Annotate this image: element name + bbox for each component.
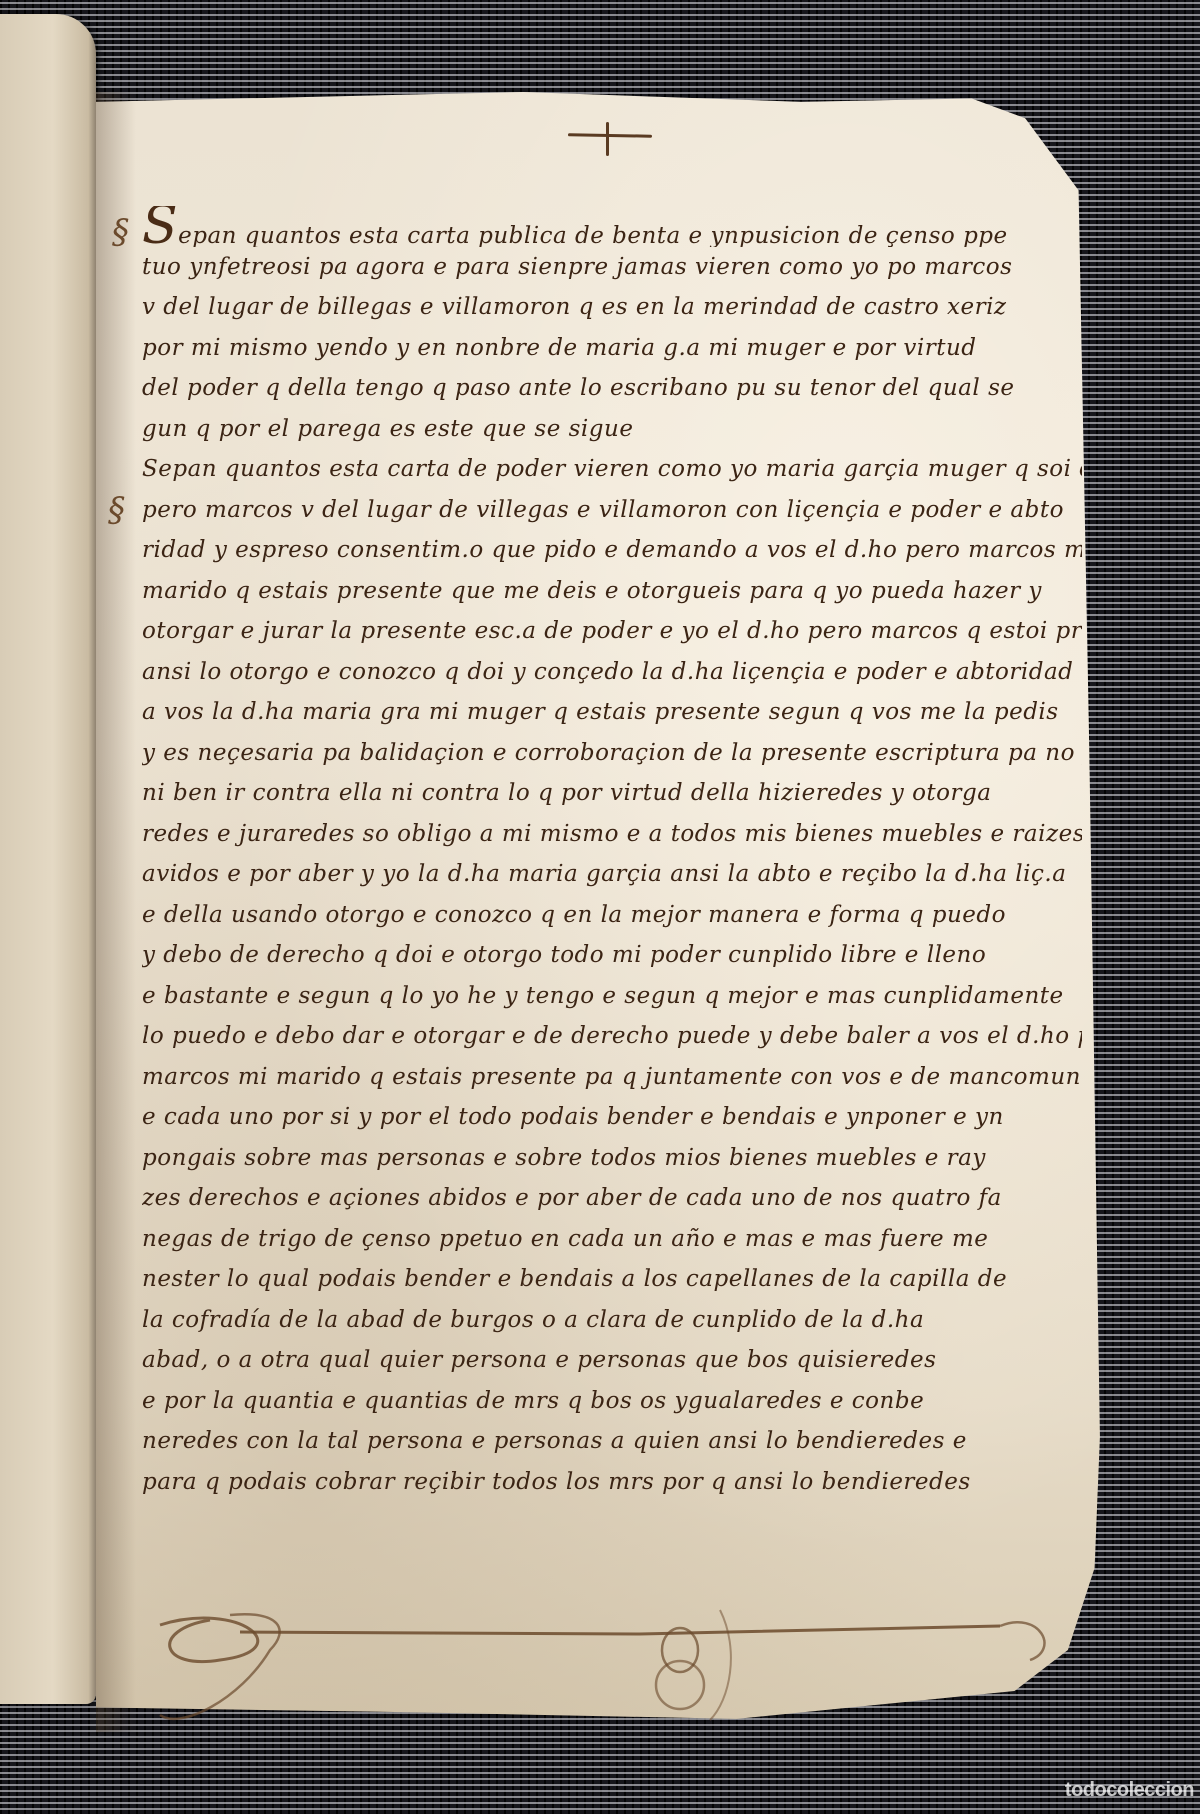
- text-line: redes e juraredes so obligo a mi mismo e…: [142, 814, 1082, 855]
- text-line: y es neçesaria pa balidaçion e corrobora…: [142, 733, 1082, 774]
- manuscript-text: Sepan quantos esta carta publica de bent…: [142, 206, 1082, 1502]
- paragraph-mark-1: §: [112, 212, 129, 252]
- text-line: nester lo qual podais bender e bendais a…: [142, 1259, 1082, 1300]
- text-line: gun q por el parega es este que se sigue: [142, 409, 1082, 450]
- cross-icon: [568, 122, 652, 158]
- text-line: y debo de derecho q doi e otorgo todo mi…: [142, 935, 1082, 976]
- text-line: ansi lo otorgo e conozco q doi y conçedo…: [142, 652, 1082, 693]
- paragraph-mark-2: §: [108, 490, 125, 530]
- text-line: marido q estais presente que me deis e o…: [142, 571, 1082, 612]
- text-line: negas de trigo de çenso ppetuo en cada u…: [142, 1219, 1082, 1260]
- text-line: abad, o a otra qual quier persona e pers…: [142, 1340, 1082, 1381]
- text-line: marcos mi marido q estais presente pa q …: [142, 1057, 1082, 1098]
- text-line: la cofradía de la abad de burgos o a cla…: [142, 1300, 1082, 1341]
- text-line: v del lugar de billegas e villamoron q e…: [142, 287, 1082, 328]
- text-line: para q podais cobrar reçibir todos los m…: [142, 1462, 1082, 1503]
- text-line: pongais sobre mas personas e sobre todos…: [142, 1138, 1082, 1179]
- gutter-shadow: [96, 92, 136, 1732]
- facing-page-edge: [0, 14, 96, 1704]
- text-line: pero marcos v del lugar de villegas e vi…: [142, 490, 1082, 531]
- text-line: e della usando otorgo e conozco q en la …: [142, 895, 1082, 936]
- text-line: e cada uno por si y por el todo podais b…: [142, 1097, 1082, 1138]
- text-line: zes derechos e açiones abidos e por aber…: [142, 1178, 1082, 1219]
- text-line: e por la quantia e quantias de mrs q bos…: [142, 1381, 1082, 1422]
- text-line: avidos e por aber y yo la d.ha maria gar…: [142, 854, 1082, 895]
- closing-flourish-icon: [120, 1590, 1120, 1730]
- watermark: todocoleccion: [1065, 1779, 1194, 1802]
- text-line: neredes con la tal persona e personas a …: [142, 1421, 1082, 1462]
- text-line: otorgar e jurar la presente esc.a de pod…: [142, 611, 1082, 652]
- text-line: del poder q della tengo q paso ante lo e…: [142, 368, 1082, 409]
- text-line: lo puedo e debo dar e otorgar e de derec…: [142, 1016, 1082, 1057]
- text-line: ridad y espreso consentim.o que pido e d…: [142, 530, 1082, 571]
- text-line: e bastante e segun q lo yo he y tengo e …: [142, 976, 1082, 1017]
- text-line: tuo ynfetreosi pa agora e para sienpre j…: [142, 247, 1082, 288]
- text-line: Sepan quantos esta carta de poder vieren…: [142, 449, 1082, 490]
- text-line: por mi mismo yendo y en nonbre de maria …: [142, 328, 1082, 369]
- text-line: ni ben ir contra ella ni contra lo q por…: [142, 773, 1082, 814]
- text-line: a vos la d.ha maria gra mi muger q estai…: [142, 692, 1082, 733]
- text-line: Sepan quantos esta carta publica de bent…: [142, 206, 1082, 247]
